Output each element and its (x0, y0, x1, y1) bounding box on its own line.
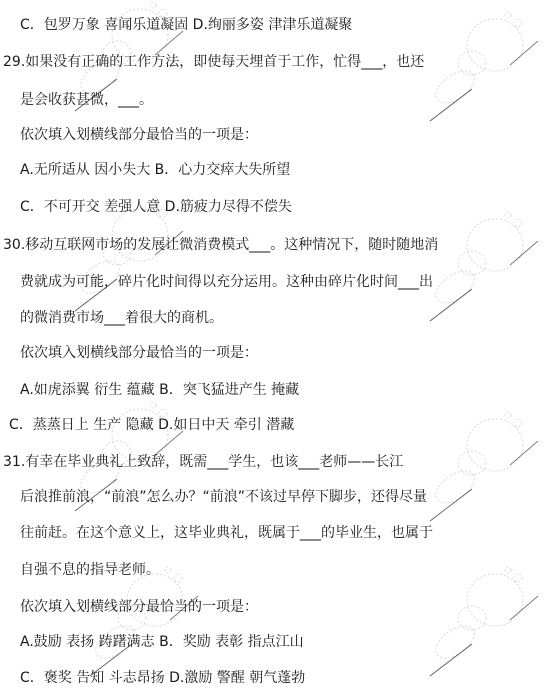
question-31-options-cd: C．褒奖 告知 斗志昂扬 D.激励 警醒 朝气蓬勃 (20, 669, 305, 687)
question-31-options-ab: A.鼓励 表扬 踌躇满志 B．奖励 表彰 指点江山 (20, 633, 304, 651)
question-30-options-cd: C．蒸蒸日上 生产 隐藏 D.如日中天 牵引 潜藏 (9, 416, 294, 434)
question-31-prompt: 依次填入划横线部分最恰当的一项是： (20, 598, 258, 616)
question-31-stem-line-4: 自强不息的指导老师。 (20, 561, 160, 579)
question-30-stem-line-1: 30.移动互联网市场的发展让微消费模式___。这种情况下，随时随地消 (3, 236, 438, 254)
question-29-prompt: 依次填入划横线部分最恰当的一项是： (20, 126, 258, 144)
question-30-stem-line-3: 的微消费市场___着很大的商机。 (20, 309, 223, 327)
watermark-stamp (400, 405, 540, 525)
watermark-stamp (400, 560, 540, 680)
question-29-stem-line-1: 29.如果没有正确的工作方法，即使每天埋首于工作，忙得___，也还 (3, 53, 424, 71)
question-31-stem-line-2: 后浪推前浪，“前浪”怎么办？“前浪”不该过早停下脚步，还得尽量 (20, 488, 427, 506)
question-31-stem-line-1: 31.有幸在毕业典礼上致辞，既需___学生，也该___老师——长江 (3, 453, 403, 471)
question-30-prompt: 依次填入划横线部分最恰当的一项是： (20, 344, 258, 362)
question-29-options-cd: C．不可开交 差强人意 D.筋疲力尽得不偿失 (20, 198, 292, 216)
question-30-options-ab: A.如虎添翼 衍生 蕴藏 B．突飞猛进产生 掩藏 (20, 381, 299, 399)
question-30-stem-line-2: 费就成为可能，碎片化时间得以充分运用。这种由碎片化时间___出 (20, 273, 433, 291)
question-28-options-cd: C．包罗万象 喜闻乐道凝固 D.绚丽多姿 津津乐道凝聚 (20, 16, 352, 34)
question-29-options-ab: A.无所适从 因小失大 B．心力交瘁大失所望 (20, 161, 290, 179)
question-31-stem-line-3: 往前赶。在这个意义上，这毕业典礼，既属于___的毕业生，也属于 (20, 524, 433, 542)
watermark-stamp (400, 205, 540, 325)
question-29-stem-line-2: 是会收获甚微，___。 (20, 91, 153, 109)
